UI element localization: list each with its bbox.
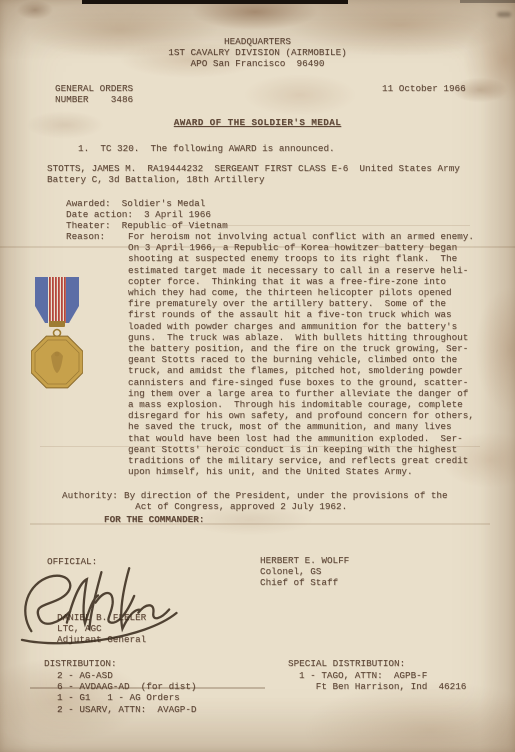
medal-clasp <box>49 321 65 327</box>
chief-of-staff-block: HERBERT E. WOLFF Colonel, GS Chief of St… <box>260 555 349 589</box>
reason-text: For heroism not involving actual conflic… <box>128 231 474 477</box>
doc-title: AWARD OF THE SOLDIER'S MEDAL <box>0 117 515 128</box>
fold-line <box>30 523 490 525</box>
announcement-line: 1. TC 320. The following AWARD is announ… <box>78 143 335 154</box>
soldiers-medal-icon <box>31 276 83 396</box>
scan-smudge <box>497 12 511 17</box>
authority-text: By direction of the President, under the… <box>124 490 448 512</box>
unit-line: 1ST CAVALRY DIVISION (AIRMOBILE) <box>168 47 347 58</box>
medal-ring <box>54 330 61 337</box>
award-detail-date: Date action:3 April 1966 <box>66 209 211 220</box>
special-distribution-label: SPECIAL DISTRIBUTION: <box>288 658 405 669</box>
apo-line: APO San Francisco 96490 <box>191 58 325 69</box>
special-distribution-items: 1 - TAGO, ATTN: AGPB-F Ft Ben Harrison, … <box>299 670 466 692</box>
order-date: 11 October 1966 <box>382 83 466 94</box>
doc-header: HEADQUARTERS 1ST CAVALRY DIVISION (AIRMO… <box>0 36 515 70</box>
hq-line: HEADQUARTERS <box>224 36 291 47</box>
scan-artifact-bar <box>82 0 348 4</box>
general-orders-label: GENERAL ORDERS <box>55 83 133 94</box>
scan-artifact-bar <box>460 0 515 3</box>
medal-eagle-head <box>55 352 60 357</box>
awarded-value: Soldier's Medal <box>122 198 206 209</box>
authority-label: Authority: <box>62 490 118 501</box>
distribution-items: 2 - AG-ASD 6 - AVDAAG-AD (for dist) 1 - … <box>57 670 196 715</box>
orders-number: NUMBER 3486 <box>55 94 133 105</box>
date-action-label: Date action: <box>66 209 133 220</box>
awarded-label: Awarded: <box>66 198 111 209</box>
award-detail-awarded: Awarded:Soldier's Medal <box>66 198 205 209</box>
for-the-commander-line: FOR THE COMMANDER: <box>104 514 204 525</box>
recipient-block: STOTTS, JAMES M. RA19444232 SERGEANT FIR… <box>47 163 460 185</box>
signature-ink <box>13 554 197 664</box>
date-action-value: 3 April 1966 <box>144 209 211 220</box>
award-detail-theater: Theater:Republic of Vietnam <box>66 220 228 231</box>
theater-label: Theater: <box>66 220 111 231</box>
theater-value: Republic of Vietnam <box>122 220 228 231</box>
document-page: HEADQUARTERS 1ST CAVALRY DIVISION (AIRMO… <box>0 0 515 752</box>
reason-label: Reason: <box>66 231 105 242</box>
